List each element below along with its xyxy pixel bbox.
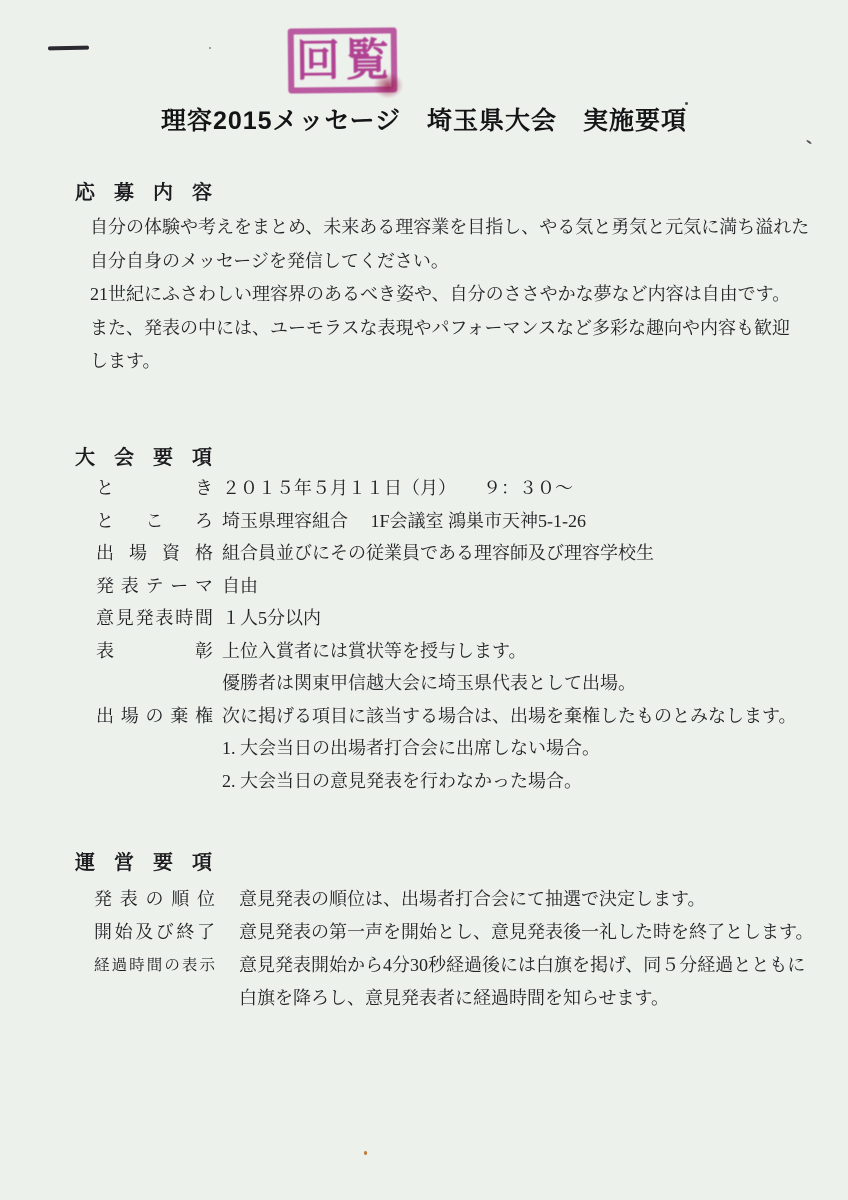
row-value-line: 白旗を降ろし、意見発表者に経過時間を知らせます。	[239, 988, 669, 1008]
paragraph-line: 21世紀にふさわしい理容界のあるべき姿や、自分のささやかな夢など内容は自由です。	[90, 278, 798, 312]
info-row-theme: 発 表 テ ー マ 自由	[96, 570, 798, 603]
row-value-line: 自由	[222, 576, 258, 596]
row-label: 出 場 資 格	[96, 537, 213, 570]
row-label: 発 表 テ ー マ	[96, 570, 213, 603]
row-value-line: 組合員並びにその従業員である理容師及び理容学校生	[222, 543, 654, 563]
row-value-line: ２０１５年５月１１日（月） ９：３０～	[222, 478, 573, 498]
row-label: 表 彰	[96, 635, 213, 668]
row-value-line: 意見発表開始から4分30秒経過後には白旗を掲げ、同５分経過とともに	[239, 955, 805, 975]
row-value-line: 意見発表の順位は、出場者打合会にて抽選で決定します。	[239, 889, 706, 909]
document-title: 理容2015メッセージ 埼玉県大会 実施要項	[0, 101, 848, 137]
paragraph-line: 自分自身のメッセージを発信してください。	[90, 245, 798, 279]
section-heading-unei: 運 営 要 項	[75, 851, 798, 875]
info-row-awards: 表 彰 上位入賞者には賞状等を授与します。 優勝者は関東甲信越大会に埼玉県代表と…	[96, 635, 798, 700]
unei-rows: 発 表 の 順 位 意見発表の順位は、出場者打合会にて抽選で決定します。 開始及…	[94, 883, 798, 1015]
section-heading-oubo: 応 募 内 容	[75, 181, 798, 205]
row-value-line: １人5分以内	[222, 608, 321, 628]
section-event-outline: 大 会 要 項 と き ２０１５年５月１１日（月） ９：３０～ と こ ろ 埼玉…	[75, 446, 798, 797]
scan-speck	[364, 1151, 367, 1155]
section-application-content: 応 募 内 容 自分の体験や考えをまとめ、未来ある理容業を目指し、やる気と勇気と…	[75, 181, 798, 379]
paragraph-line: します。	[90, 345, 798, 379]
scan-speck	[209, 47, 211, 49]
row-value-line: 2. 大会当日の意見発表を行わなかった場合。	[222, 771, 582, 791]
row-label: 経過時間の表示	[94, 949, 215, 982]
row-label: と き	[96, 472, 213, 505]
info-row-elapsed-time: 経過時間の表示 意見発表開始から4分30秒経過後には白旗を掲げ、同５分経過ととも…	[94, 949, 798, 1015]
info-row-venue: と こ ろ 埼玉県理容組合 1F会議室 鴻巣市天神5-1-26	[96, 505, 798, 538]
row-value-line: 次に掲げる項目に該当する場合は、出場を棄権したものとみなします。	[222, 706, 797, 726]
info-row-eligibility: 出 場 資 格 組合員並びにその従業員である理容師及び理容学校生	[96, 537, 798, 570]
info-row-speech-time: 意見発表時間 １人5分以内	[96, 602, 798, 635]
row-value-line: 埼玉県理容組合 1F会議室	[222, 511, 444, 531]
oubo-paragraphs: 自分の体験や考えをまとめ、未来ある理容業を目指し、やる気と勇気と元気に満ち溢れた…	[90, 211, 798, 379]
info-row-speech-order: 発 表 の 順 位 意見発表の順位は、出場者打合会にて抽選で決定します。	[94, 883, 798, 916]
row-value-line: 鴻巣市天神5-1-26	[448, 511, 586, 531]
row-value-line: 優勝者は関東甲信越大会に埼玉県代表として出場。	[222, 673, 636, 693]
stamp-ink-blob	[373, 72, 403, 98]
section-operation-outline: 運 営 要 項 発 表 の 順 位 意見発表の順位は、出場者打合会にて抽選で決定…	[75, 851, 798, 1015]
scanned-document-page: 回覧 理容2015メッセージ 埼玉県大会 実施要項 応 募 内 容 自分の体験や…	[0, 0, 848, 1200]
info-row-start-end: 開始及び終了 意見発表の第一声を開始とし、意見発表後一礼した時を終了とします。	[94, 916, 798, 949]
row-label: 発 表 の 順 位	[94, 883, 215, 916]
scan-speck	[806, 139, 812, 144]
paragraph-line: また、発表の中には、ユーモラスな表現やパフォーマンスなど多彩な趣向や内容も歓迎	[90, 312, 798, 346]
info-row-datetime: と き ２０１５年５月１１日（月） ９：３０～	[96, 472, 798, 505]
info-row-forfeit: 出 場 の 棄 権 次に掲げる項目に該当する場合は、出場を棄権したものとみなしま…	[96, 700, 798, 798]
row-label: 意見発表時間	[96, 602, 213, 635]
row-label: と こ ろ	[96, 505, 213, 538]
row-value-line: 上位入賞者には賞状等を授与します。	[222, 641, 527, 661]
row-label: 出 場 の 棄 権	[96, 700, 213, 733]
section-heading-taikai: 大 会 要 項	[75, 446, 798, 470]
row-value-line: 1. 大会当日の出場者打合会に出席しない場合。	[222, 738, 600, 758]
scan-speck	[685, 102, 688, 105]
row-label: 開始及び終了	[94, 916, 215, 949]
taikai-rows: と き ２０１５年５月１１日（月） ９：３０～ と こ ろ 埼玉県理容組合 1F…	[96, 472, 798, 797]
kairan-circulation-stamp: 回覧	[288, 27, 398, 93]
paragraph-line: 自分の体験や考えをまとめ、未来ある理容業を目指し、やる気と勇気と元気に満ち溢れた	[90, 211, 798, 245]
pen-mark-dash	[48, 46, 89, 51]
row-value-line: 意見発表の第一声を開始とし、意見発表後一礼した時を終了とします。	[239, 922, 814, 942]
